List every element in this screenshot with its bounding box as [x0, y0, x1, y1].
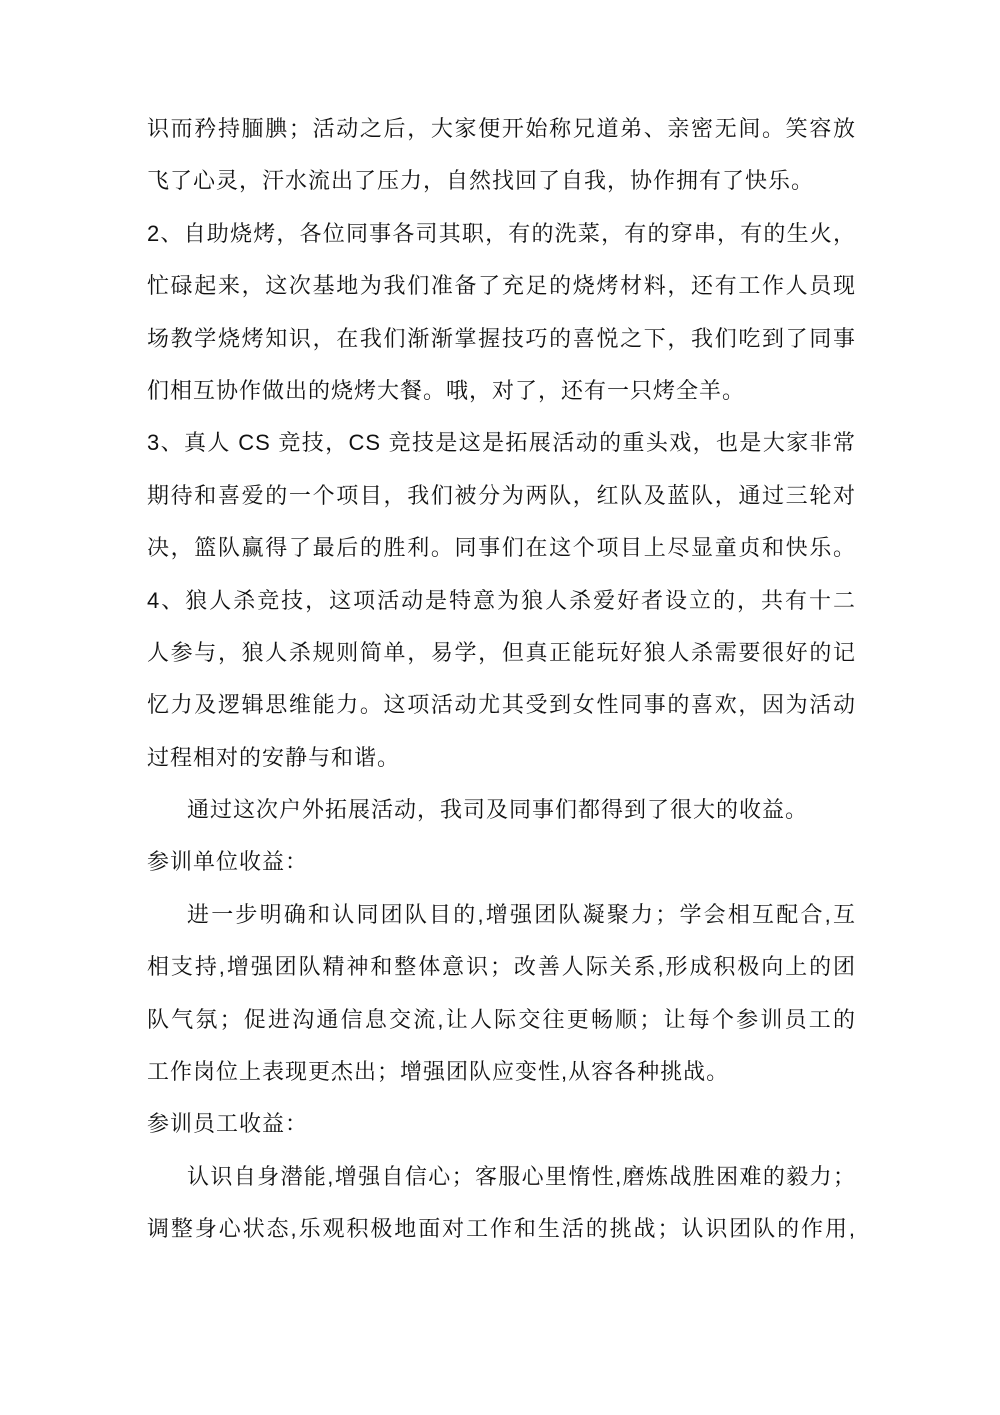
text-line: 相支持,增强团队精神和整体意识；改善人际关系,形成积极向上的团: [147, 941, 856, 993]
text-line: 过程相对的安静与和谐。: [147, 732, 856, 784]
text-line: 工作岗位上表现更杰出；增强团队应变性,从容各种挑战。: [147, 1046, 856, 1098]
text-line: 识而矜持腼腆；活动之后，大家便开始称兄道弟、亲密无间。笑容放: [147, 103, 856, 155]
text-line: 人参与，狼人杀规则简单，易学，但真正能玩好狼人杀需要很好的记: [147, 627, 856, 679]
text-line: 场教学烧烤知识，在我们渐渐掌握技巧的喜悦之下，我们吃到了同事: [147, 313, 856, 365]
text-line: 2、自助烧烤，各位同事各司其职，有的洗菜，有的穿串，有的生火，: [147, 208, 856, 260]
text-line: 队气氛；促进沟通信息交流,让人际交往更畅顺；让每个参训员工的: [147, 994, 856, 1046]
section-heading: 参训单位收益：: [147, 836, 856, 888]
text-line: 飞了心灵，汗水流出了压力，自然找回了自我，协作拥有了快乐。: [147, 155, 856, 207]
document-page: 识而矜持腼腆；活动之后，大家便开始称兄道弟、亲密无间。笑容放 飞了心灵，汗水流出…: [0, 0, 1000, 1415]
text-line: 忆力及逻辑思维能力。这项活动尤其受到女性同事的喜欢，因为活动: [147, 679, 856, 731]
text-line: 忙碌起来，这次基地为我们准备了充足的烧烤材料，还有工作人员现: [147, 260, 856, 312]
document-body-text: 识而矜持腼腆；活动之后，大家便开始称兄道弟、亲密无间。笑容放 飞了心灵，汗水流出…: [147, 103, 856, 1256]
text-line: 期待和喜爱的一个项目，我们被分为两队，红队及蓝队，通过三轮对: [147, 470, 856, 522]
text-line: 决，篮队赢得了最后的胜利。同事们在这个项目上尽显童贞和快乐。: [147, 522, 856, 574]
text-line: 3、真人 CS 竞技，CS 竞技是这是拓展活动的重头戏，也是大家非常: [147, 417, 856, 469]
text-line: 4、狼人杀竞技，这项活动是特意为狼人杀爱好者设立的，共有十二: [147, 575, 856, 627]
text-line: 进一步明确和认同团队目的,增强团队凝聚力；学会相互配合,互: [147, 889, 856, 941]
text-line: 通过这次户外拓展活动，我司及同事们都得到了很大的收益。: [147, 784, 856, 836]
section-heading: 参训员工收益：: [147, 1098, 856, 1150]
text-line: 认识自身潜能,增强自信心；客服心里惰性,磨炼战胜困难的毅力；: [147, 1151, 856, 1203]
text-line: 调整身心状态,乐观积极地面对工作和生活的挑战；认识团队的作用,: [147, 1203, 856, 1255]
text-line: 们相互协作做出的烧烤大餐。哦，对了，还有一只烤全羊。: [147, 365, 856, 417]
